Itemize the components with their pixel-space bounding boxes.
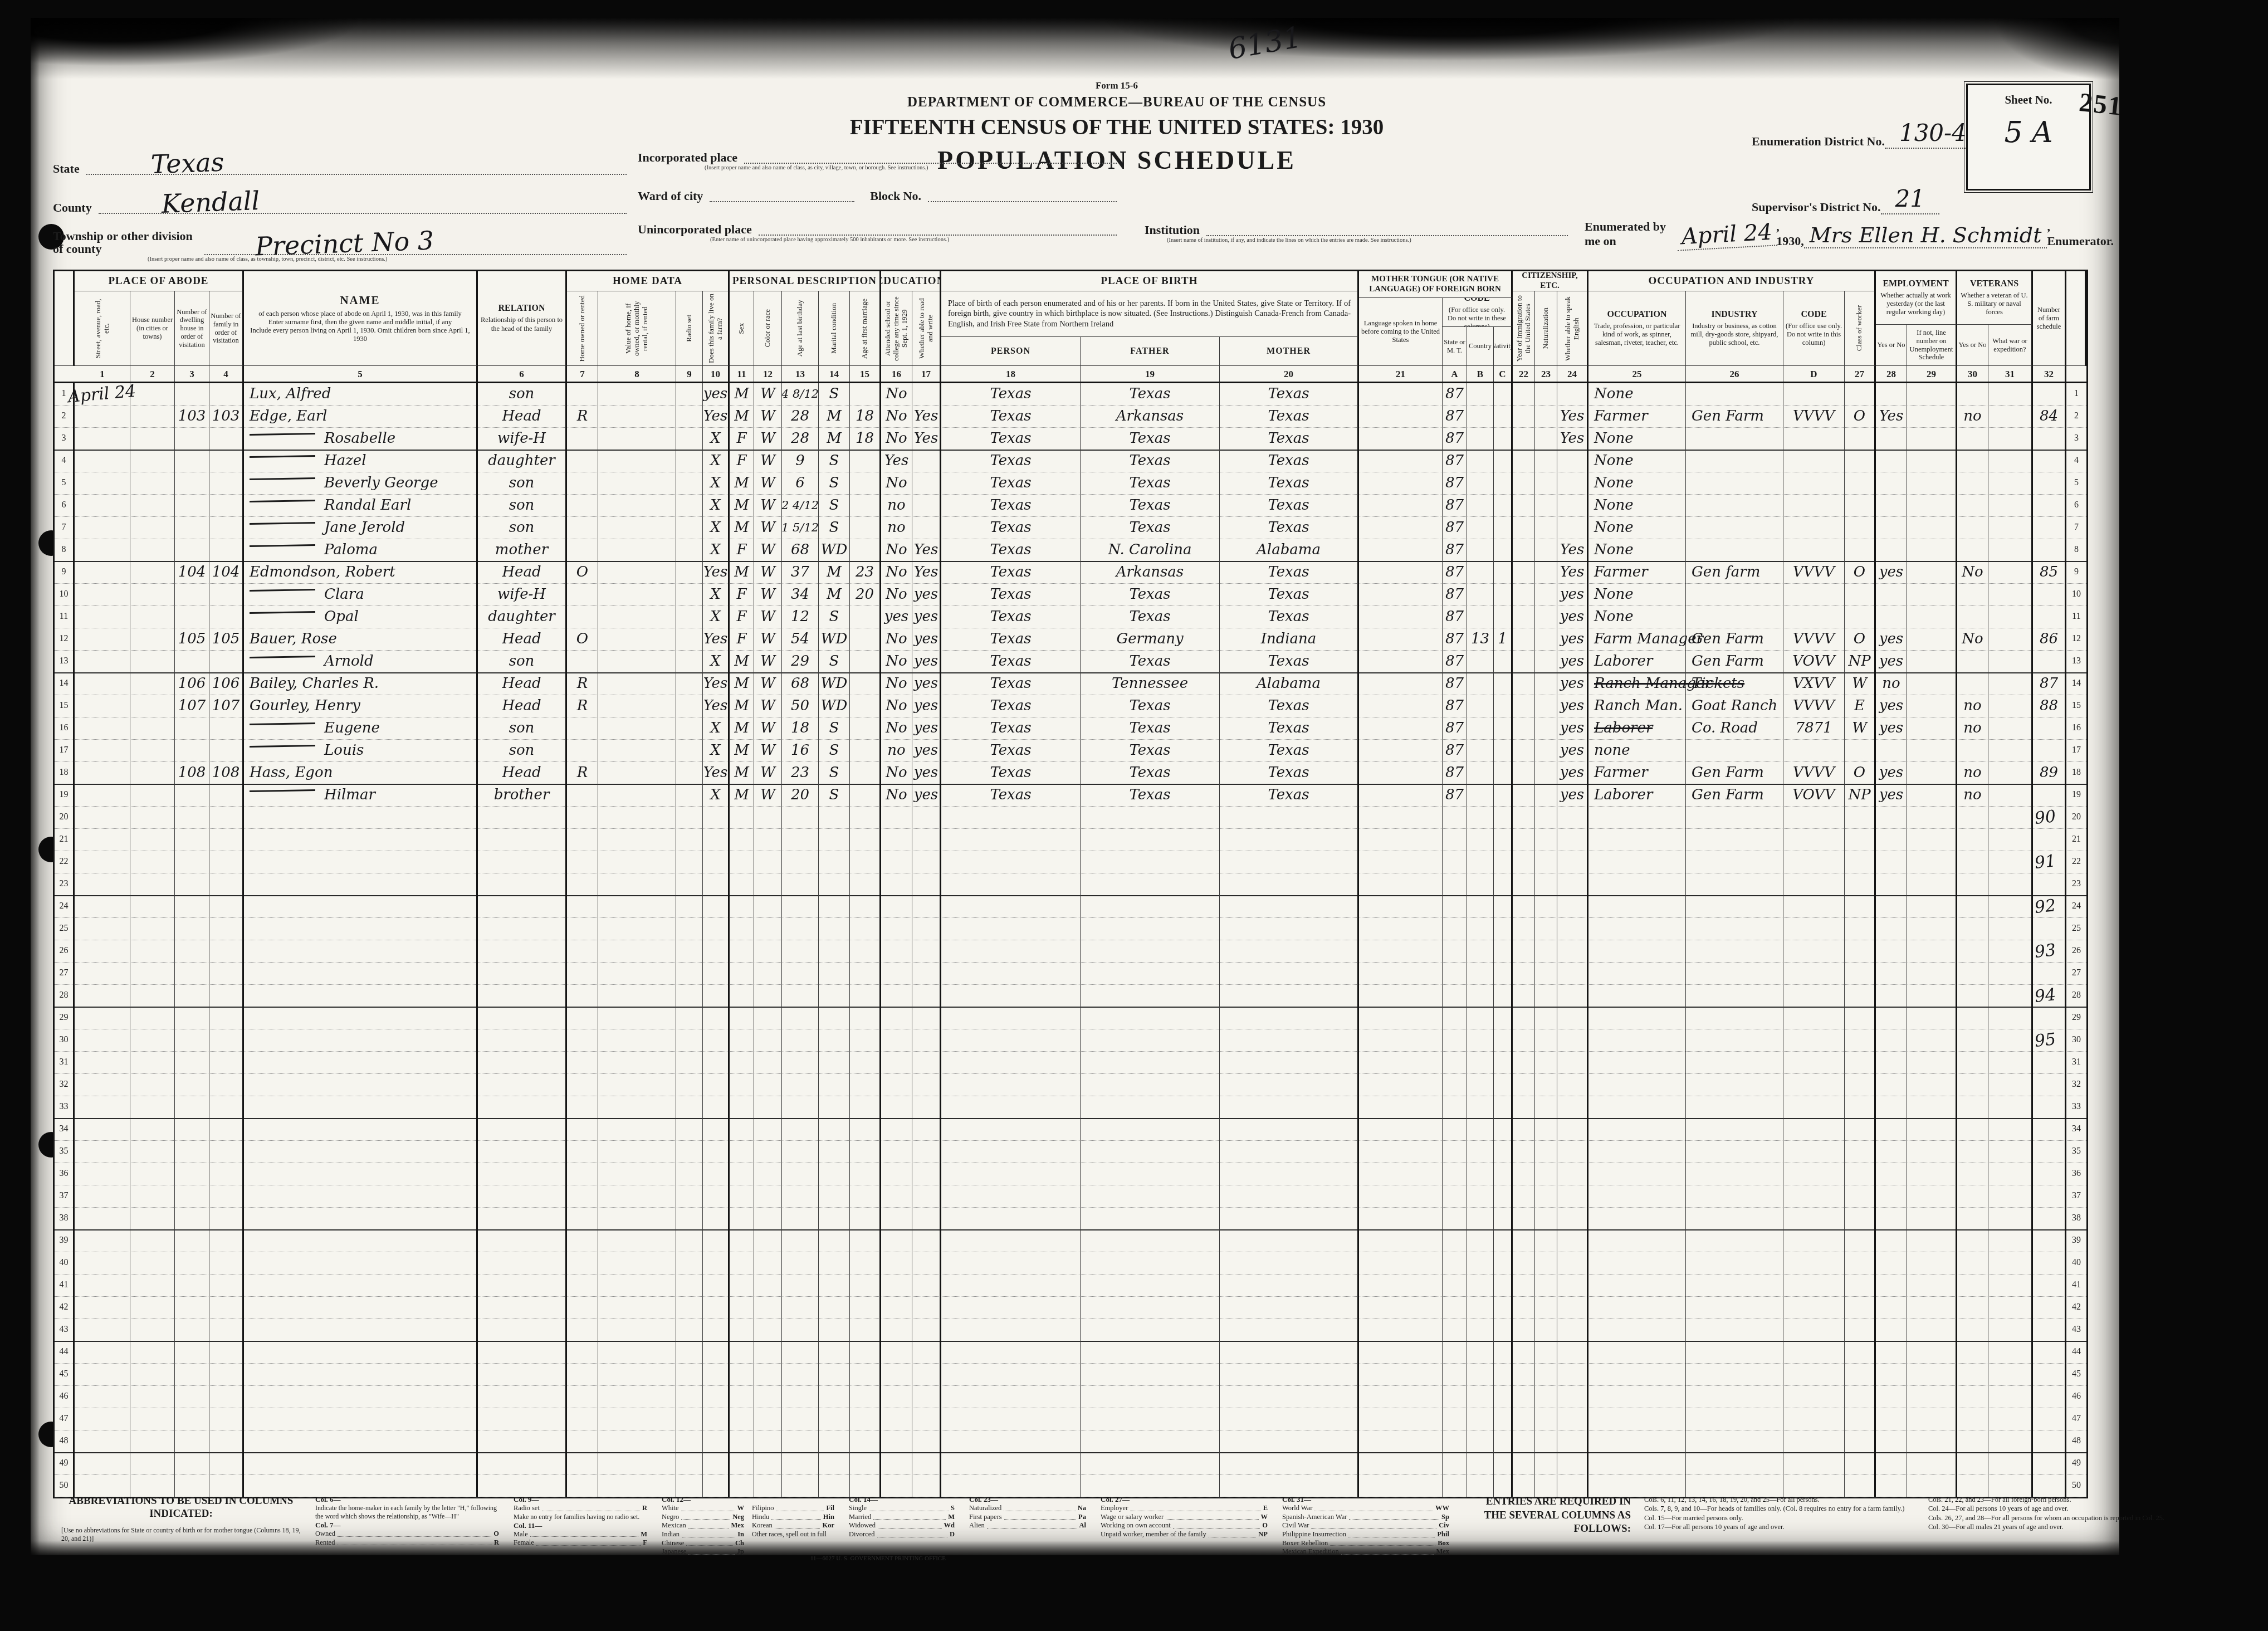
- cell-nat: [1535, 672, 1557, 695]
- col-radio-set: Radio set: [676, 291, 703, 366]
- cell-read_write: yes: [912, 739, 941, 761]
- cell-radio: [676, 1408, 703, 1430]
- cell-ca: [1443, 1341, 1467, 1363]
- cell-farm: [703, 1452, 730, 1474]
- cell-sex: F: [730, 605, 754, 628]
- cell-vet: [1957, 1185, 1988, 1207]
- cell-eng: yes: [1557, 739, 1588, 761]
- cell-unemp: [1907, 1185, 1957, 1207]
- cell-unemp: [1907, 761, 1957, 784]
- cell-occ: [1588, 1073, 1686, 1096]
- cell-ca: 87: [1443, 605, 1467, 628]
- cell-vet: [1957, 873, 1988, 895]
- line-number: 43: [2066, 1319, 2086, 1341]
- cell-cls: W: [1845, 672, 1876, 695]
- cell-house: [130, 1274, 175, 1296]
- table-row-32: 3232: [55, 1073, 2086, 1096]
- cell-own: [567, 539, 598, 561]
- cell-bf: [1081, 1408, 1220, 1430]
- cell-age: [782, 1474, 819, 1497]
- cell-name: [244, 1363, 478, 1385]
- cell-imm: [1513, 1274, 1535, 1296]
- cell-bf: [1081, 1096, 1220, 1118]
- cell-nat: [1535, 1408, 1557, 1430]
- cell-age_married: [850, 1296, 881, 1319]
- cell-language: [1359, 1319, 1443, 1341]
- cell-age: [782, 1430, 819, 1452]
- cell-radio: [676, 450, 703, 472]
- cell-radio: [676, 1430, 703, 1452]
- cell-bp: [941, 873, 1081, 895]
- cell-nat: [1535, 1252, 1557, 1274]
- cell-work: [1876, 1296, 1907, 1319]
- cell-unemp: [1907, 917, 1957, 940]
- cell-fs: [2033, 1252, 2066, 1274]
- cell-imm: [1513, 1296, 1535, 1319]
- cell-work: Yes: [1876, 405, 1907, 427]
- cell-ind: [1686, 1274, 1783, 1296]
- cell-unemp: [1907, 1252, 1957, 1274]
- cell-war: [1988, 583, 2033, 605]
- cell-bm: [1220, 1274, 1359, 1296]
- cell-name: Edmondson, Robert: [244, 561, 478, 583]
- cell-dwelling: [175, 1296, 209, 1319]
- cell-ind: [1686, 1474, 1783, 1497]
- cell-farm: X: [703, 427, 730, 450]
- cell-cd: [1783, 1363, 1845, 1385]
- cell-eng: [1557, 962, 1588, 984]
- cell-family: [209, 427, 244, 450]
- cell-marital: M: [819, 427, 850, 450]
- cell-age: [782, 873, 819, 895]
- cell-cls: [1845, 1319, 1876, 1341]
- cell-race: [754, 984, 782, 1007]
- cell-bp: Texas: [941, 405, 1081, 427]
- cell-ind: [1686, 873, 1783, 895]
- footer-abbrev-block: Col. 23—NaturalizedNaFirst papersPaAlien…: [969, 1495, 1086, 1530]
- footer-notes: ABBREVIATIONS TO BE USED IN COLUMNS INDI…: [61, 1495, 2094, 1556]
- cell-cb: [1467, 650, 1494, 672]
- cell-radio: [676, 717, 703, 739]
- cell-age_married: [850, 717, 881, 739]
- cell-cc: [1494, 516, 1513, 539]
- cell-cd: VOVV: [1783, 650, 1845, 672]
- cell-nat: [1535, 1296, 1557, 1319]
- line-number: 19: [2066, 784, 2086, 806]
- cell-value: [598, 851, 676, 873]
- line-number: 40: [55, 1252, 75, 1274]
- line-number: 9: [2066, 561, 2086, 583]
- cell-ca: [1443, 1118, 1467, 1140]
- cell-imm: [1513, 739, 1535, 761]
- line-number: 3: [2066, 427, 2086, 450]
- cell-unemp: [1907, 472, 1957, 494]
- cell-race: [754, 1163, 782, 1185]
- cell-marital: [819, 1341, 850, 1363]
- cell-school: [881, 806, 912, 828]
- line-number: 15: [2066, 695, 2086, 717]
- cell-war: [1988, 1118, 2033, 1140]
- cell-eng: [1557, 1073, 1588, 1096]
- cell-name: [244, 1163, 478, 1185]
- cell-name: [244, 1408, 478, 1430]
- cell-own: O: [567, 628, 598, 650]
- cell-war: [1988, 605, 2033, 628]
- cell-cd: [1783, 1118, 1845, 1140]
- cell-fs: [2033, 1319, 2066, 1341]
- cell-age: 9: [782, 450, 819, 472]
- cell-occ: none: [1588, 739, 1686, 761]
- cell-cd: [1783, 1229, 1845, 1252]
- cell-bp: Texas: [941, 561, 1081, 583]
- cell-nat: [1535, 583, 1557, 605]
- cell-occ: [1588, 1430, 1686, 1452]
- cell-radio: [676, 405, 703, 427]
- cell-school: no: [881, 739, 912, 761]
- cell-war: [1988, 1207, 2033, 1229]
- cell-occ: [1588, 1007, 1686, 1029]
- cell-age_married: [850, 1051, 881, 1073]
- cell-name: Edge, Earl: [244, 405, 478, 427]
- cell-marital: S: [819, 516, 850, 539]
- cell-work: [1876, 940, 1907, 962]
- table-row-17: 17LouissonXMW16SnoyesTexasTexasTexas87ye…: [55, 739, 2086, 762]
- col-sex: Sex: [730, 291, 754, 366]
- cell-value: [598, 1229, 676, 1252]
- cell-occ: None: [1588, 472, 1686, 494]
- cell-own: [567, 895, 598, 917]
- cell-fs: [2033, 1474, 2066, 1497]
- cell-eng: yes: [1557, 650, 1588, 672]
- cell-ind: [1686, 1007, 1783, 1029]
- cell-age: [782, 1051, 819, 1073]
- line-number: 39: [55, 1229, 75, 1252]
- cell-value: [598, 1073, 676, 1096]
- cell-read_write: Yes: [912, 539, 941, 561]
- cell-age: [782, 828, 819, 851]
- cell-cd: VVVV: [1783, 695, 1845, 717]
- cell-cls: W: [1845, 717, 1876, 739]
- cell-bp: [941, 1319, 1081, 1341]
- cell-age: 18: [782, 717, 819, 739]
- cell-age: [782, 1029, 819, 1051]
- cell-work: [1876, 1007, 1907, 1029]
- cell-house: [130, 472, 175, 494]
- cell-radio: [676, 427, 703, 450]
- group-mother-tongue: MOTHER TONGUE (OR NATIVE LANGUAGE) OF FO…: [1359, 271, 1513, 298]
- cell-age: [782, 1408, 819, 1430]
- line-number: 35: [2066, 1140, 2086, 1163]
- cell-eng: [1557, 1096, 1588, 1118]
- cell-street: [75, 1363, 130, 1385]
- cell-language: [1359, 739, 1443, 761]
- cell-cc: [1494, 650, 1513, 672]
- cell-war: [1988, 1252, 2033, 1274]
- cell-cd: VVVV: [1783, 761, 1845, 784]
- cell-marital: [819, 1073, 850, 1096]
- cell-farm: [703, 895, 730, 917]
- cell-bm: [1220, 1096, 1359, 1118]
- cell-imm: [1513, 1319, 1535, 1341]
- cell-ind: [1686, 851, 1783, 873]
- cell-race: [754, 895, 782, 917]
- cell-bp: [941, 1096, 1081, 1118]
- cell-street: [75, 561, 130, 583]
- cell-bf: Texas: [1081, 761, 1220, 784]
- cell-cc: [1494, 1096, 1513, 1118]
- cell-read_write: Yes: [912, 405, 941, 427]
- line-number: 5: [55, 472, 75, 494]
- line-number: 37: [2066, 1185, 2086, 1207]
- cell-dwelling: [175, 1073, 209, 1096]
- cell-race: [754, 851, 782, 873]
- line-number: 45: [55, 1363, 75, 1385]
- table-row-21: 2121: [55, 828, 2086, 851]
- cell-bf: Texas: [1081, 650, 1220, 672]
- cell-family: [209, 650, 244, 672]
- line-number: 2: [55, 405, 75, 427]
- cell-dwelling: [175, 1207, 209, 1229]
- cell-farm: [703, 1408, 730, 1430]
- cell-dwelling: [175, 1408, 209, 1430]
- cell-language: [1359, 962, 1443, 984]
- ditto-mark: [250, 789, 315, 792]
- col-number: D: [1783, 366, 1845, 383]
- col-number: 21: [1359, 366, 1443, 383]
- cell-school: No: [881, 583, 912, 605]
- cell-cls: [1845, 1185, 1876, 1207]
- cell-nat: [1535, 717, 1557, 739]
- cell-language: [1359, 383, 1443, 405]
- cell-dwelling: [175, 1274, 209, 1296]
- cell-war: [1988, 1096, 2033, 1118]
- county-label: County: [53, 201, 92, 214]
- cell-ca: 87: [1443, 628, 1467, 650]
- cell-work: [1876, 427, 1907, 450]
- cell-age_married: [850, 1140, 881, 1163]
- line-number: 29: [2066, 1007, 2086, 1029]
- line-number: 7: [2066, 516, 2086, 539]
- cell-value: [598, 650, 676, 672]
- cell-farm: [703, 1385, 730, 1408]
- cell-family: [209, 1229, 244, 1252]
- cell-occ: [1588, 1163, 1686, 1185]
- cell-age: 68: [782, 539, 819, 561]
- cell-language: [1359, 1363, 1443, 1385]
- cell-cc: [1494, 806, 1513, 828]
- cell-cd: [1783, 1007, 1845, 1029]
- cell-nat: [1535, 1274, 1557, 1296]
- line-number: 42: [2066, 1296, 2086, 1319]
- cell-marital: [819, 1474, 850, 1497]
- cell-school: [881, 1408, 912, 1430]
- cell-nat: [1535, 873, 1557, 895]
- table-row-19: 19HilmarbrotherXMW20SNoyesTexasTexasTexa…: [55, 784, 2086, 807]
- cell-relation: [478, 1385, 567, 1408]
- cell-sex: M: [730, 784, 754, 806]
- cell-bm: [1220, 1185, 1359, 1207]
- cell-cb: [1467, 940, 1494, 962]
- cell-work: [1876, 1163, 1907, 1185]
- cell-vet: [1957, 650, 1988, 672]
- cell-house: [130, 583, 175, 605]
- cell-read_write: [912, 1051, 941, 1073]
- cell-fs: [2033, 1229, 2066, 1252]
- cell-age_married: [850, 605, 881, 628]
- line-number: 38: [55, 1207, 75, 1229]
- cell-own: [567, 1185, 598, 1207]
- cell-family: [209, 1474, 244, 1497]
- cell-war: [1988, 1163, 2033, 1185]
- cell-street: [75, 1474, 130, 1497]
- cell-family: [209, 1073, 244, 1096]
- cell-bm: Texas: [1220, 650, 1359, 672]
- cell-name: [244, 1341, 478, 1363]
- cell-relation: [478, 1029, 567, 1051]
- col-street: Street, avenue, road, etc.: [75, 291, 130, 366]
- cell-own: [567, 1163, 598, 1185]
- cell-imm: [1513, 539, 1535, 561]
- cell-bp: [941, 895, 1081, 917]
- cell-vet: [1957, 1051, 1988, 1073]
- cell-ca: 87: [1443, 383, 1467, 405]
- cell-cc: [1494, 1408, 1513, 1430]
- table-row-26: 269326: [55, 940, 2086, 963]
- cell-fs: [2033, 427, 2066, 450]
- cell-age: [782, 1185, 819, 1207]
- cell-bf: [1081, 1319, 1220, 1341]
- cell-name: [244, 1096, 478, 1118]
- cell-dwelling: 104: [175, 561, 209, 583]
- line-number: 47: [2066, 1408, 2086, 1430]
- cell-own: R: [567, 695, 598, 717]
- cell-own: [567, 1319, 598, 1341]
- cell-bp: Texas: [941, 761, 1081, 784]
- cell-nat: [1535, 784, 1557, 806]
- cell-work: [1876, 383, 1907, 405]
- cell-imm: [1513, 1096, 1535, 1118]
- cell-ind: Tickets: [1686, 672, 1783, 695]
- cell-farm: [703, 984, 730, 1007]
- incorporated-note: (Insert proper name and also name of cla…: [705, 165, 1117, 171]
- cell-own: [567, 1073, 598, 1096]
- cell-relation: [478, 940, 567, 962]
- cell-nat: [1535, 539, 1557, 561]
- line-number: 22: [55, 851, 75, 873]
- cell-ca: [1443, 1319, 1467, 1341]
- cell-cd: [1783, 895, 1845, 917]
- cell-own: [567, 583, 598, 605]
- sup-dist-value: 21: [1881, 185, 1939, 214]
- cell-nat: [1535, 695, 1557, 717]
- cell-eng: [1557, 984, 1588, 1007]
- cell-age_married: [850, 539, 881, 561]
- cell-radio: [676, 784, 703, 806]
- unincorporated-note: (Enter name of unincorporated place havi…: [710, 237, 1117, 243]
- cell-imm: [1513, 1207, 1535, 1229]
- cell-work: [1876, 828, 1907, 851]
- cell-occ: [1588, 1229, 1686, 1252]
- cell-read_write: yes: [912, 672, 941, 695]
- cell-race: [754, 1029, 782, 1051]
- cell-war: [1988, 962, 2033, 984]
- cell-age: [782, 1341, 819, 1363]
- cell-cb: [1467, 695, 1494, 717]
- cell-bf: Arkansas: [1081, 405, 1220, 427]
- cell-marital: [819, 1296, 850, 1319]
- cell-dwelling: [175, 739, 209, 761]
- cell-vet: [1957, 539, 1988, 561]
- cell-marital: [819, 1096, 850, 1118]
- cell-value: [598, 806, 676, 828]
- cell-nat: [1535, 1229, 1557, 1252]
- cell-family: [209, 1274, 244, 1296]
- township-field: Township or other division of county Pre…: [53, 214, 627, 255]
- cell-family: [209, 1408, 244, 1430]
- cell-ind: [1686, 1185, 1783, 1207]
- cell-cd: [1783, 940, 1845, 962]
- table-row-9: 9104104Edmondson, RobertHeadOYesMW37M23N…: [55, 561, 2086, 584]
- cell-read_write: [912, 1252, 941, 1274]
- cell-ca: [1443, 1007, 1467, 1029]
- cell-own: [567, 828, 598, 851]
- cell-occ: Laborer: [1588, 784, 1686, 806]
- cell-dwelling: [175, 873, 209, 895]
- cell-value: [598, 1118, 676, 1140]
- cell-age: [782, 1073, 819, 1096]
- cell-race: W: [754, 695, 782, 717]
- cell-cls: [1845, 895, 1876, 917]
- cell-language: [1359, 784, 1443, 806]
- cell-radio: [676, 1185, 703, 1207]
- cell-vet: [1957, 806, 1988, 828]
- cell-cb: [1467, 561, 1494, 583]
- cell-bp: Texas: [941, 650, 1081, 672]
- cell-war: [1988, 761, 2033, 784]
- cell-war: [1988, 539, 2033, 561]
- cell-sex: [730, 940, 754, 962]
- cell-cb: [1467, 1207, 1494, 1229]
- cell-street: [75, 1051, 130, 1073]
- cell-ca: 87: [1443, 472, 1467, 494]
- cell-school: [881, 940, 912, 962]
- cell-cls: [1845, 1474, 1876, 1497]
- footer-abbrev-block: Col. 9—Radio setRMake no entry for famil…: [514, 1495, 647, 1547]
- enumerated-year: , 1930,: [1776, 219, 1804, 248]
- cell-cc: [1494, 427, 1513, 450]
- cell-ca: [1443, 1474, 1467, 1497]
- cell-cd: [1783, 1385, 1845, 1408]
- cell-language: [1359, 873, 1443, 895]
- cell-farm: [703, 1274, 730, 1296]
- table-row-8: 8PalomamotherXFW68WDNoYesTexasN. Carolin…: [55, 539, 2086, 562]
- cell-cd: [1783, 962, 1845, 984]
- cell-house: [130, 717, 175, 739]
- cell-street: [75, 695, 130, 717]
- cell-marital: [819, 873, 850, 895]
- enumerator-label: , Enumerator.: [2047, 219, 2114, 248]
- cell-street: [75, 1430, 130, 1452]
- cell-fs: [2033, 1118, 2066, 1140]
- line-number: 23: [2066, 873, 2086, 895]
- cell-value: [598, 1252, 676, 1274]
- cell-house: [130, 940, 175, 962]
- cell-race: [754, 1118, 782, 1140]
- cell-eng: [1557, 828, 1588, 851]
- cell-bm: [1220, 1319, 1359, 1341]
- cell-work: [1876, 1474, 1907, 1497]
- cell-bf: [1081, 1207, 1220, 1229]
